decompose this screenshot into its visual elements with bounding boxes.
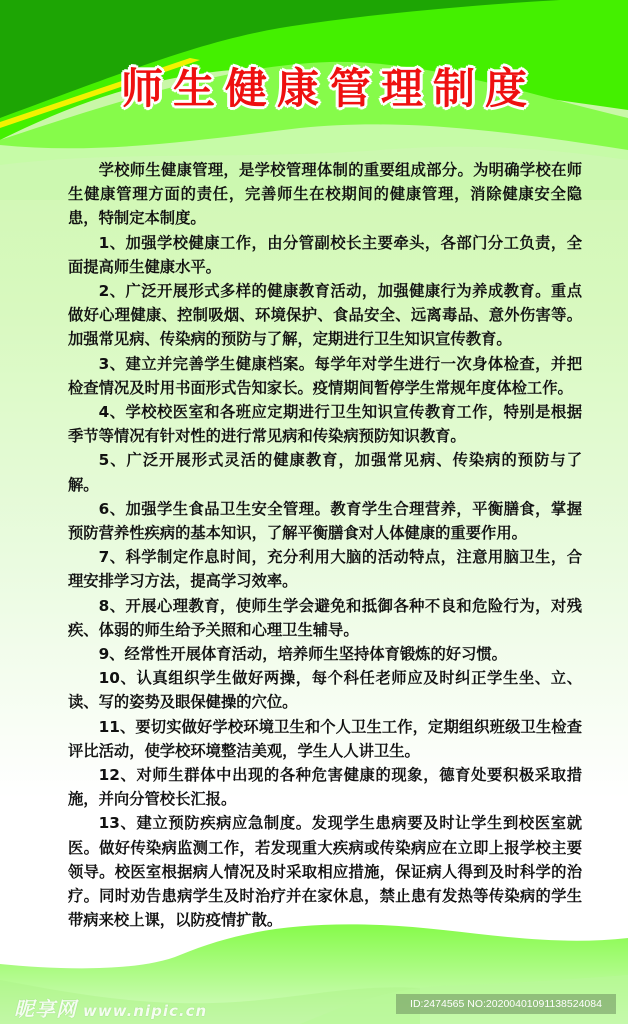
intro-paragraph: 学校师生健康管理，是学校管理体制的重要组成部分。为明确学校在师生健康管理方面的责… — [68, 158, 582, 231]
policy-item-12: 12、对师生群体中出现的各种危害健康的现象，德育处要积极采取措施，并向分管校长汇… — [68, 763, 582, 811]
policy-item-10: 10、认真组织学生做好两操，每个科任老师应及时纠正学生坐、立、读、写的姿势及眼保… — [68, 666, 582, 714]
policy-item-6: 6、加强学生食品卫生安全管理。教育学生合理营养，平衡膳食，掌握预防营养性疾病的基… — [68, 497, 582, 545]
policy-body: 学校师生健康管理，是学校管理体制的重要组成部分。为明确学校在师生健康管理方面的责… — [68, 158, 582, 933]
page-title: 师生健康管理制度 — [0, 56, 628, 116]
policy-item-4: 4、学校校医室和各班应定期进行卫生知识宣传教育工作，特别是根据季节等情况有针对性… — [68, 400, 582, 448]
policy-item-11: 11、要切实做好学校环境卫生和个人卫生工作，定期组织班级卫生检查评比活动，使学校… — [68, 715, 582, 763]
policy-item-1: 1、加强学校健康工作，由分管副校长主要牵头，各部门分工负责，全面提高师生健康水平… — [68, 231, 582, 279]
policy-item-2: 2、广泛开展形式多样的健康教育活动，加强健康行为养成教育。重点做好心理健康、控制… — [68, 279, 582, 352]
site-watermark: 昵享网www.nipic.cn — [14, 993, 207, 1022]
image-id-watermark: ID:2474565 NO:20200401091138524084 — [396, 994, 616, 1014]
site-url: www.nipic.cn — [83, 1002, 207, 1020]
policy-item-9: 9、经常性开展体育活动，培养师生坚持体育锻炼的好习惯。 — [68, 642, 582, 666]
site-name: 昵享网 — [14, 997, 77, 1021]
policy-item-8: 8、开展心理教育，使师生学会避免和抵御各种不良和危险行为，对残疾、体弱的师生给予… — [68, 594, 582, 642]
policy-item-3: 3、建立并完善学生健康档案。每学年对学生进行一次身体检查，并把检查情况及时用书面… — [68, 352, 582, 400]
policy-item-5: 5、广泛开展形式灵活的健康教育，加强常见病、传染病的预防与了解。 — [68, 448, 582, 496]
policy-item-7: 7、科学制定作息时间，充分利用大脑的活动特点，注意用脑卫生，合理安排学习方法，提… — [68, 545, 582, 593]
